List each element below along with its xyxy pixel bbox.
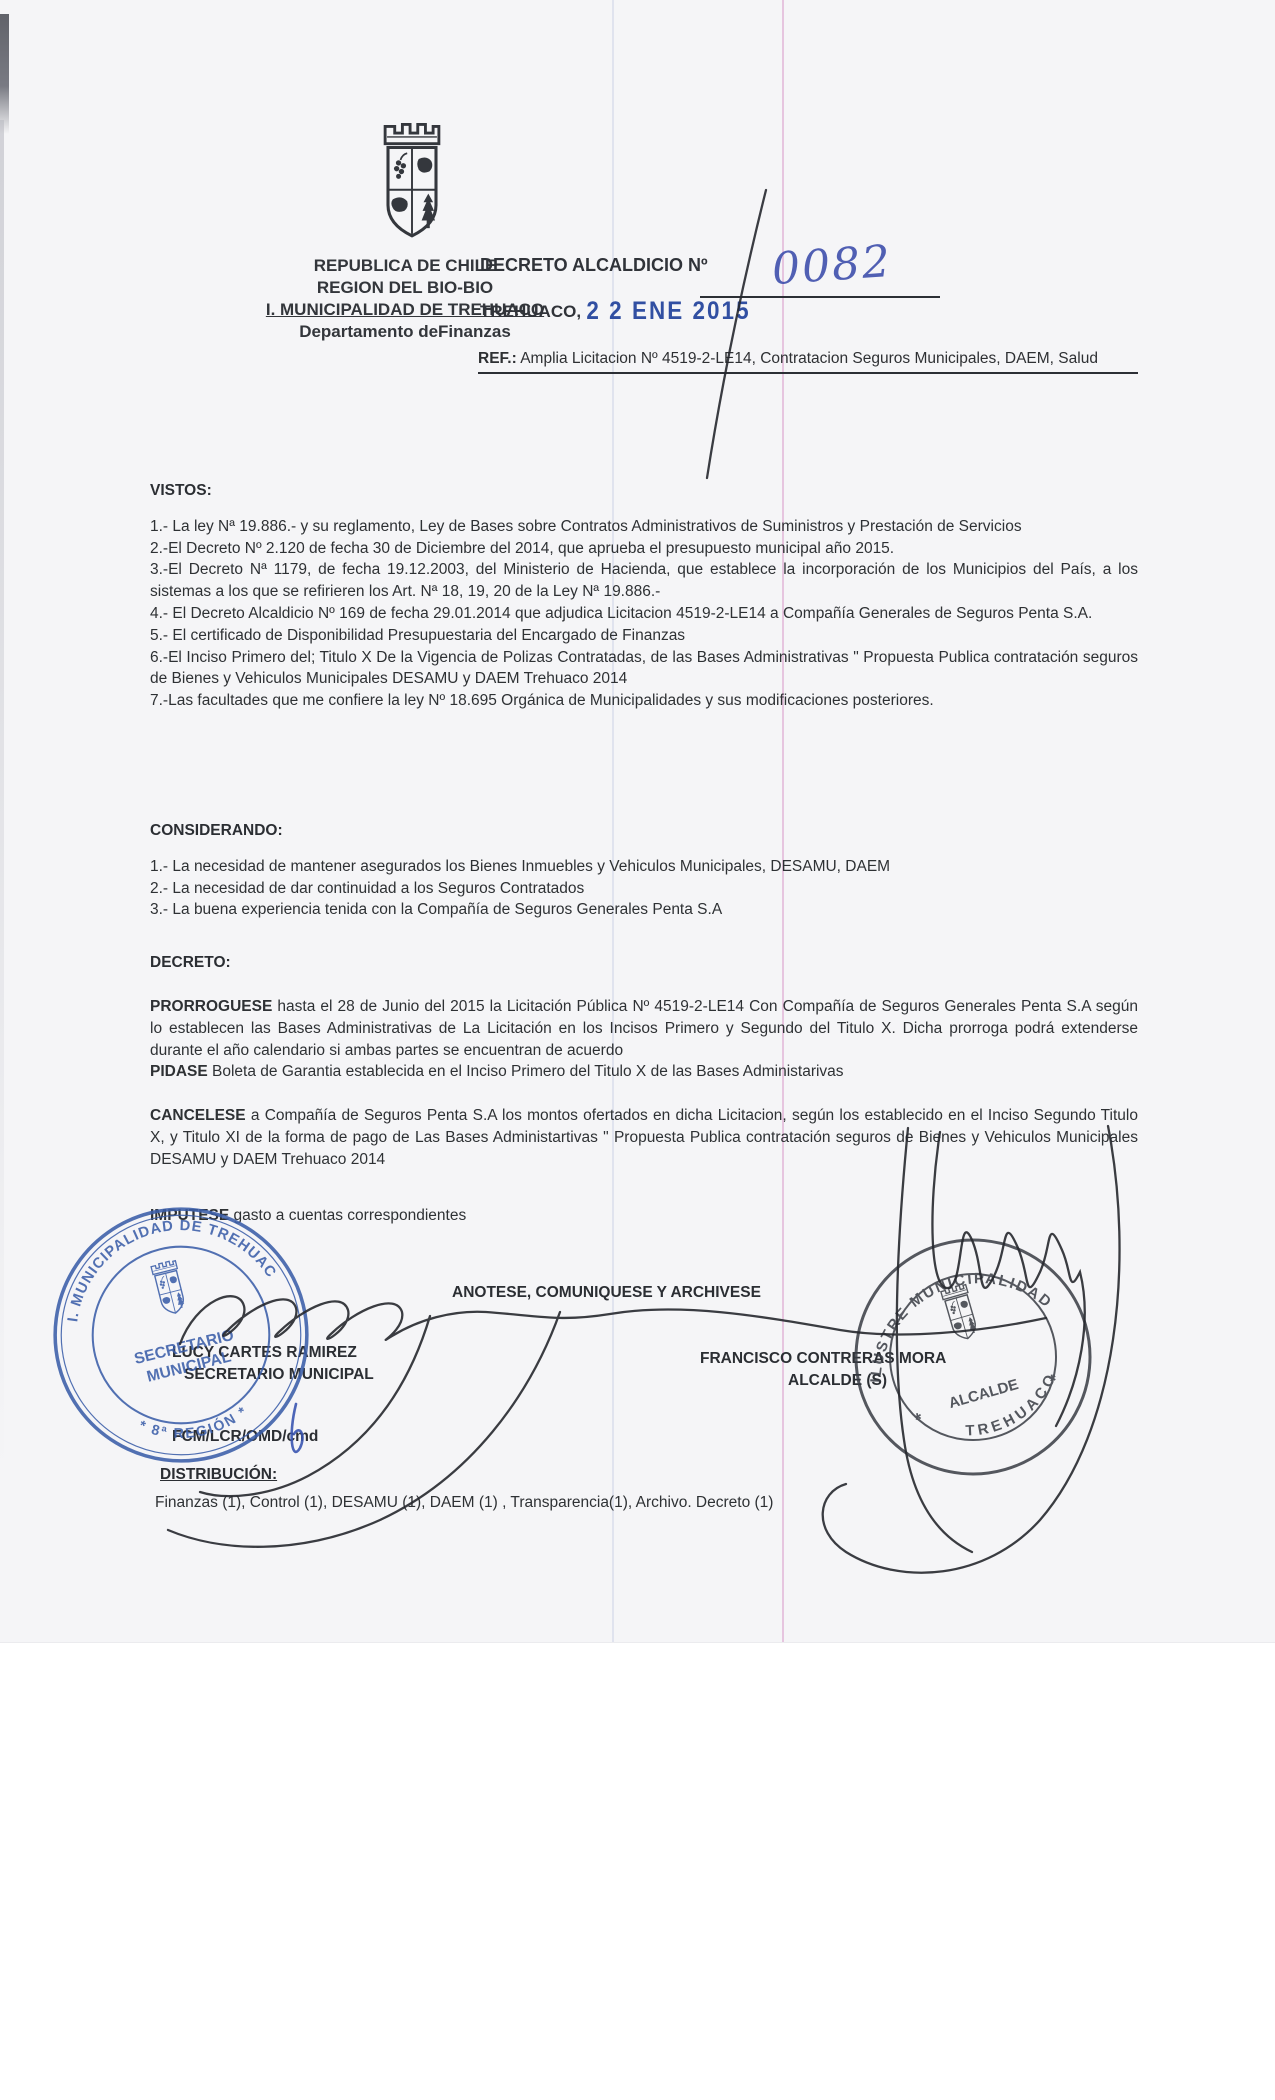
- decree-number-handwritten: 0082: [770, 236, 893, 295]
- letterhead-department: Departamento deFinanzas: [225, 321, 585, 343]
- section-title-decreto: DECRETO:: [150, 952, 1138, 974]
- decree-number-label: DECRETO ALCALDICIO Nº: [480, 255, 708, 276]
- signatory-name: LUCY CARTES RAMIREZ: [172, 1342, 374, 1364]
- scan-edge-shadow: [0, 14, 9, 134]
- letterhead-region: REGION DEL BIO-BIO: [225, 277, 585, 299]
- section-considerando: CONSIDERANDO: 1.- La necesidad de manten…: [150, 820, 1138, 921]
- signatory-left: LUCY CARTES RAMIREZ SECRETARIO MUNICIPAL: [172, 1342, 374, 1386]
- paragraph-text: Boleta de Garantia establecida en el Inc…: [208, 1063, 844, 1080]
- signatory-title: SECRETARIO MUNICIPAL: [184, 1364, 374, 1386]
- vistos-item: 5.- El certificado de Disponibilidad Pre…: [150, 625, 1138, 647]
- decree-paragraph-imputese: IMPUTESE gasto a cuentas correspondiente…: [150, 1205, 1138, 1227]
- vistos-item: 1.- La ley Nª 19.886.- y su reglamento, …: [150, 516, 1138, 538]
- paragraph-lead: IMPUTESE: [150, 1207, 229, 1224]
- vistos-item: 3.-El Decreto Nª 1179, de fecha 19.12.20…: [150, 559, 1138, 603]
- section-decreto-title: DECRETO:: [150, 952, 1138, 988]
- paragraph-text: hasta el 28 de Junio del 2015 la Licitac…: [150, 998, 1138, 1059]
- vistos-item: 7.-Las facultades que me confiere la ley…: [150, 690, 1138, 712]
- decree-place-label: TREHUACO,: [480, 302, 581, 322]
- closing-order: ANOTESE, COMUNIQUESE Y ARCHIVESE: [452, 1284, 761, 1302]
- signatory-name: FRANCISCO CONTRERAS MORA: [700, 1348, 946, 1370]
- section-title-vistos: VISTOS:: [150, 480, 1138, 502]
- date-stamp: 2 2 ENE 2015: [586, 296, 750, 325]
- scanned-decree-page: REPUBLICA DE CHILE REGION DEL BIO-BIO I.…: [0, 0, 1275, 2100]
- vistos-item: 4.- El Decreto Alcaldicio Nº 169 de fech…: [150, 603, 1138, 625]
- paragraph-lead: CANCELESE: [150, 1107, 246, 1124]
- section-vistos: VISTOS: 1.- La ley Nª 19.886.- y su regl…: [150, 480, 1138, 712]
- signatory-title: ALCALDE (S): [788, 1370, 946, 1392]
- scan-edge-line: [0, 120, 4, 1620]
- document-initials: FCM/LCR/OMD/cmd: [172, 1428, 318, 1446]
- section-decreto-body: PRORROGUESE hasta el 28 de Junio del 201…: [150, 996, 1138, 1226]
- considerando-item: 1.- La necesidad de mantener asegurados …: [150, 856, 1138, 878]
- signatory-right: FRANCISCO CONTRERAS MORA ALCALDE (S): [700, 1348, 946, 1392]
- decree-reference: REF.: Amplia Licitacion Nº 4519-2-LE14, …: [478, 348, 1138, 375]
- reference-label: REF.:: [478, 350, 517, 367]
- section-title-considerando: CONSIDERANDO:: [150, 820, 1138, 842]
- paragraph-lead: PIDASE: [150, 1063, 208, 1080]
- considerando-item: 3.- La buena experiencia tenida con la C…: [150, 899, 1138, 921]
- reference-text: Amplia Licitacion Nº 4519-2-LE14, Contra…: [520, 350, 1098, 367]
- paragraph-text: a Compañía de Seguros Penta S.A los mont…: [150, 1107, 1138, 1168]
- paragraph-lead: PRORROGUESE: [150, 998, 272, 1015]
- paragraph-text: gasto a cuentas correspondientes: [229, 1207, 466, 1224]
- municipal-crest-icon: [364, 116, 460, 252]
- vistos-item: 2.-El Decreto Nº 2.120 de fecha 30 de Di…: [150, 538, 1138, 560]
- considerando-item: 2.- La necesidad de dar continuidad a lo…: [150, 878, 1138, 900]
- vistos-item: 6.-El Inciso Primero del; Titulo X De la…: [150, 647, 1138, 691]
- decree-paragraph-cancelese: CANCELESE a Compañía de Seguros Penta S.…: [150, 1105, 1138, 1170]
- distribution-title: DISTRIBUCIÓN:: [160, 1466, 277, 1484]
- distribution-list: Finanzas (1), Control (1), DESAMU (1), D…: [155, 1494, 773, 1512]
- decree-paragraph-prorroguese: PRORROGUESE hasta el 28 de Junio del 201…: [150, 996, 1138, 1061]
- decree-paragraph-pidase: PIDASE Boleta de Garantia establecida en…: [150, 1061, 1138, 1083]
